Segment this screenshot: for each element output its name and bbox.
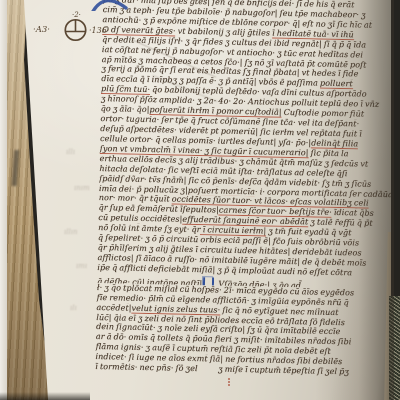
manuscript-photo: ıllı ınım ıllın ımı ılı ·A3· ·2· ·136· p… xyxy=(0,0,400,400)
quire-signature: ·A3· xyxy=(33,25,50,35)
blue-initial-icon xyxy=(89,0,131,11)
text-segment: cū petulis occidētes| xyxy=(98,213,182,224)
text-segment: ʒ talē r̄effū q̄ p̄t xyxy=(308,218,373,228)
text-segment: īdicat̄ q̄bs xyxy=(332,208,374,218)
text-block: po ʒ dūr· mīa ſup oēs ḡtes| ſen q̄ de bn… xyxy=(95,0,395,380)
text-segment: nor· mor· q̄r tq̄uīt xyxy=(99,193,172,204)
red-dot-mark xyxy=(228,378,230,380)
bottom-shadow xyxy=(0,392,90,400)
marginal-number-right: ·136· xyxy=(89,26,109,35)
backdrop-flecked-strip xyxy=(389,296,400,400)
circled-chord-and-stem-icon xyxy=(63,16,89,48)
show-through-mark: ımı xyxy=(76,262,87,270)
show-through-mark: ıllı xyxy=(66,148,75,156)
show-through-mark: ılı xyxy=(70,304,77,312)
show-through-mark: ıllın xyxy=(64,228,77,236)
text-segment: ʒ tm̄ fuit eyadū q̄ vḡt xyxy=(266,227,352,238)
text-segment: q̄o ʒ āīa· q̄o| xyxy=(101,104,150,114)
underlying-leaf-edge xyxy=(0,0,8,400)
text-segment: accēdet̄| xyxy=(96,303,131,313)
text-segment: Cuſtodie pomor fiūt xyxy=(282,108,365,119)
text-segment: ſic p̄ita la xyxy=(308,148,348,158)
show-through-mark: ınım xyxy=(74,184,90,192)
